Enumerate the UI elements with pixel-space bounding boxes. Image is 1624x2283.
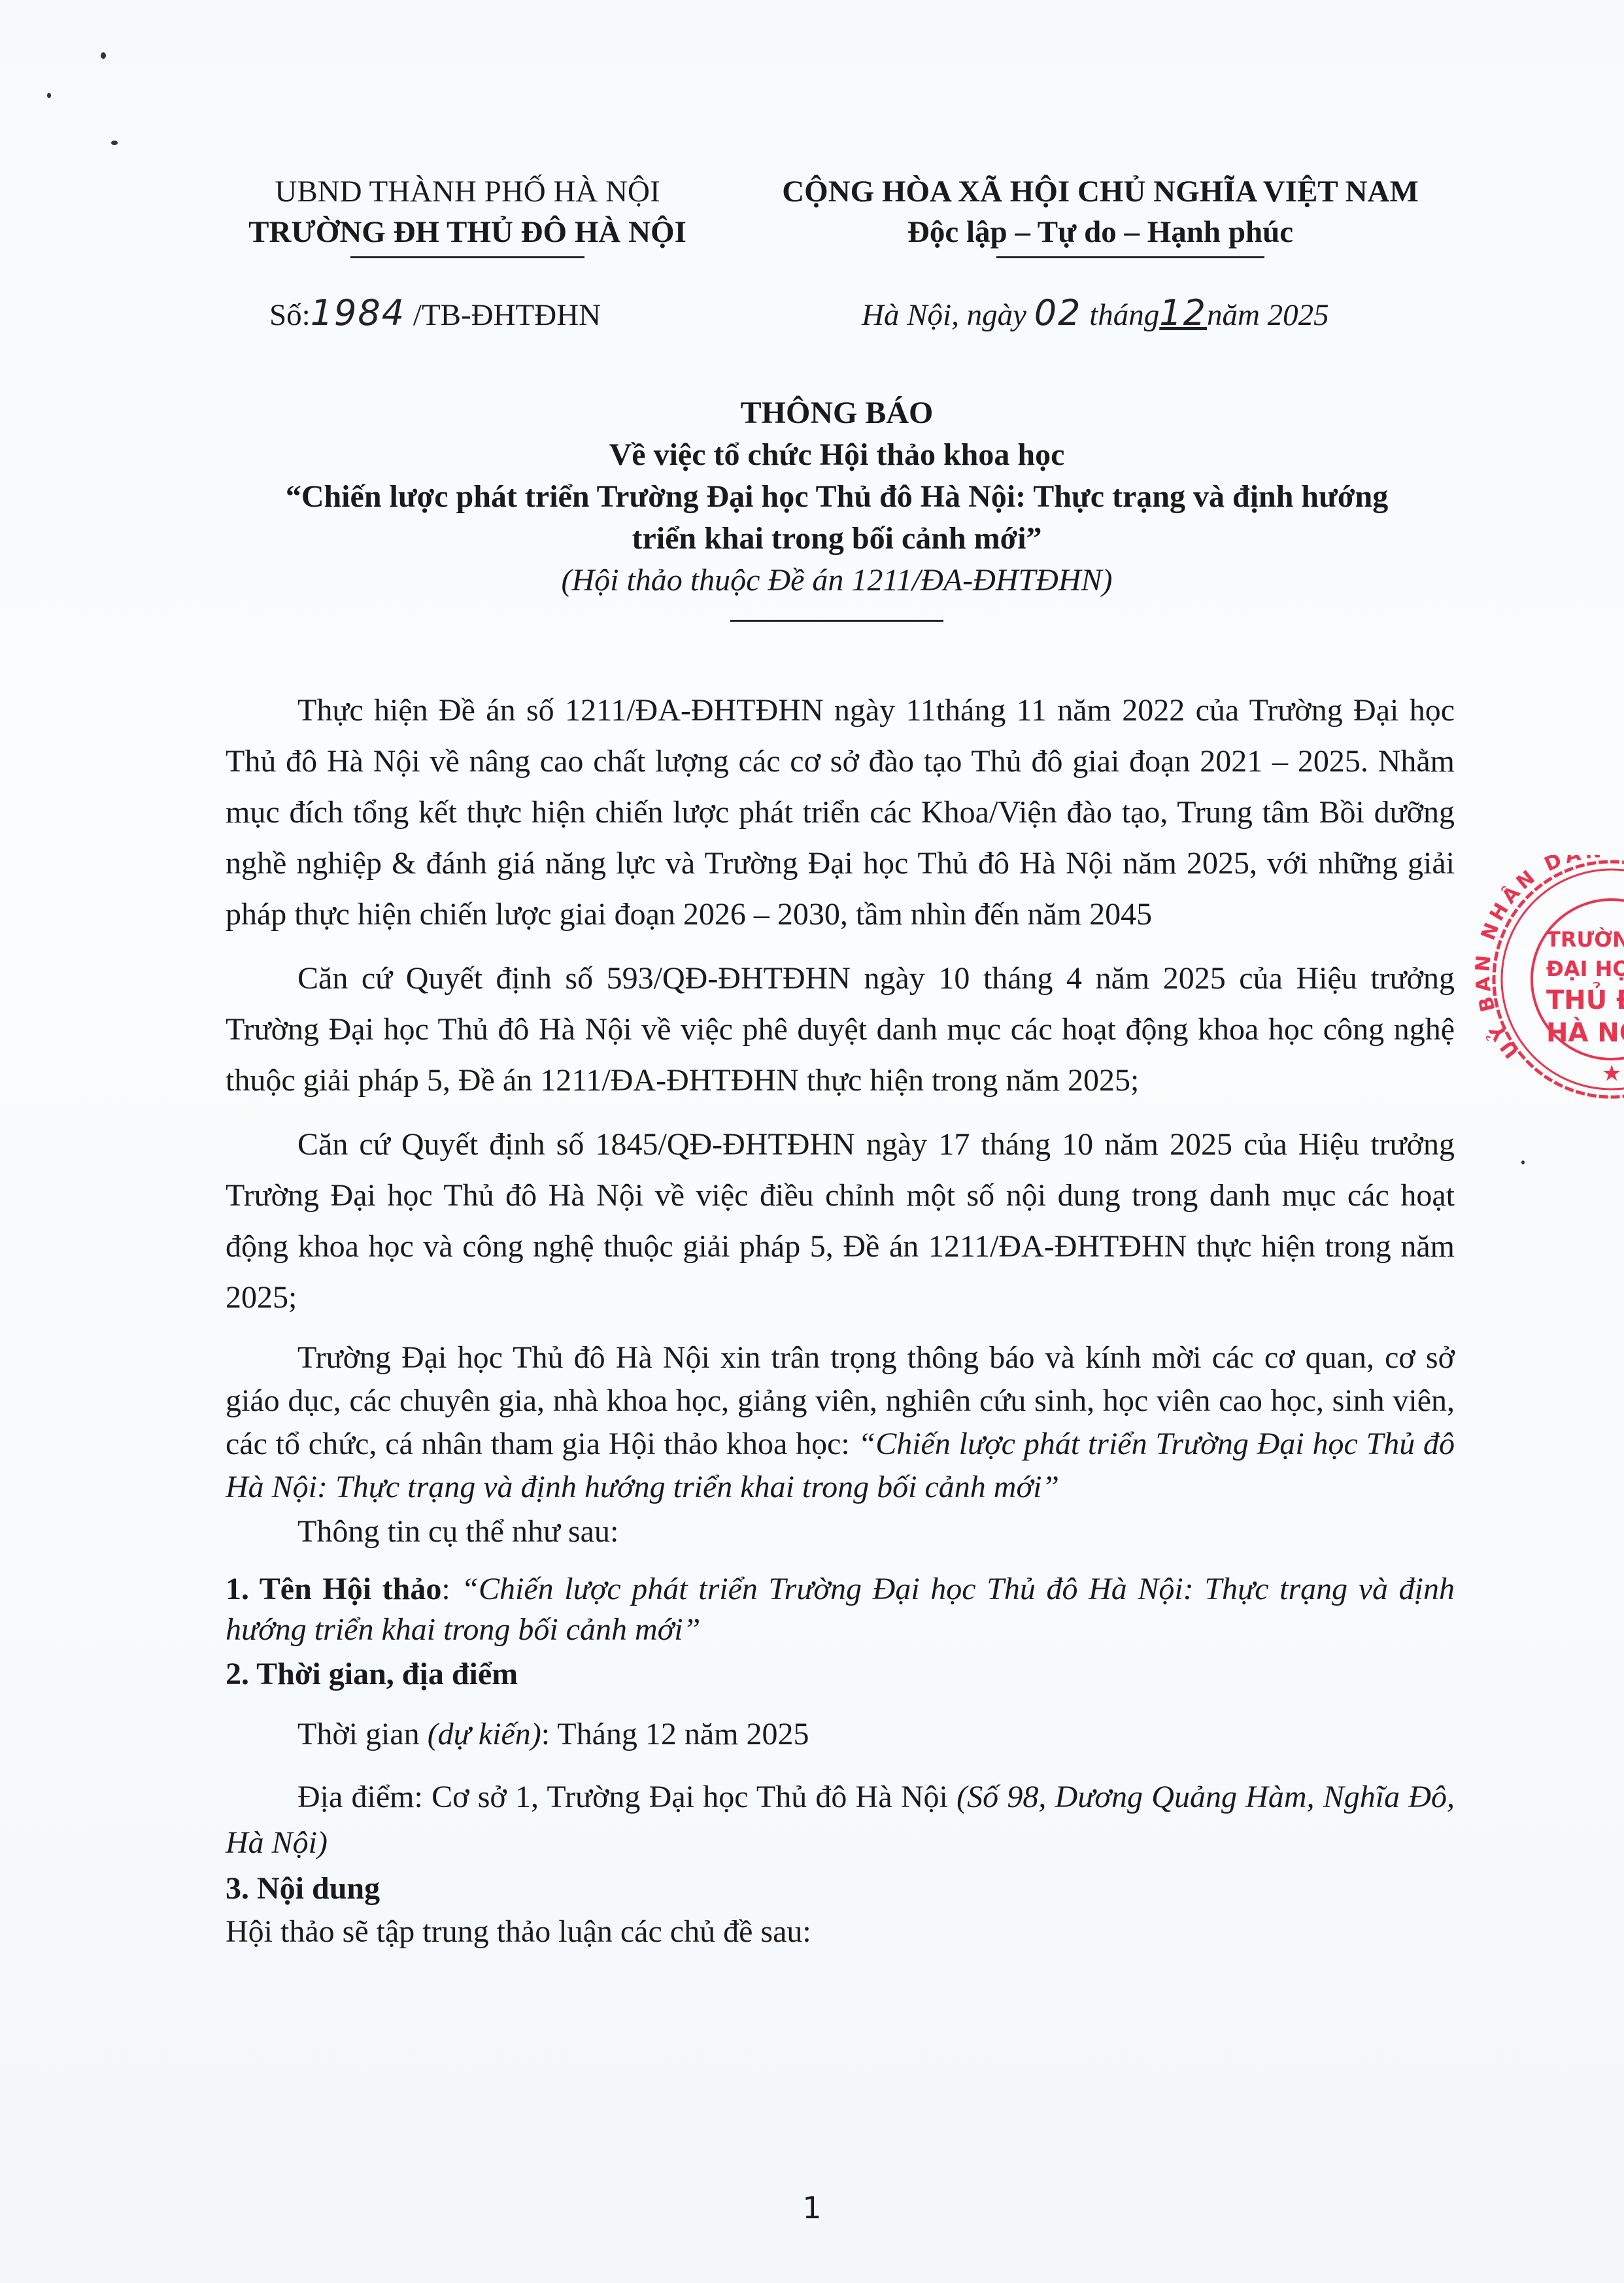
time-label: Thời gian: [297, 1717, 428, 1751]
time-line: Thời gian (dự kiến): Tháng 12 năm 2025: [226, 1714, 1455, 1755]
national-motto: CỘNG HÒA XÃ HỘI CHỦ NGHĨA VIỆT NAM Độc l…: [731, 171, 1470, 258]
date-month-label: tháng: [1081, 298, 1159, 332]
doc-number-handwritten: 1984: [311, 292, 405, 333]
page-number: 1: [0, 2190, 1624, 2225]
issuing-authority: UBND THÀNH PHỐ HÀ NỘI TRƯỜNG ĐH THỦ ĐÔ H…: [216, 171, 719, 258]
document-number: Số:1984 /TB-ĐHTĐHN: [269, 293, 601, 335]
date-month: 12: [1159, 292, 1207, 333]
time-value: : Tháng 12 năm 2025: [541, 1717, 809, 1751]
doc-number-suffix: /TB-ĐHTĐHN: [405, 298, 601, 332]
scan-speck: [1521, 1160, 1525, 1164]
place-line: Địa điểm: Cơ sở 1, Trường Đại học Thủ đô…: [226, 1774, 1455, 1866]
document-subject: Về việc tổ chức Hội thảo khoa học: [216, 434, 1458, 476]
official-seal-icon: UỶ BAN NHÂN DÂN TRƯỜNG ĐẠI HỌC THỦ ĐÔ HÀ…: [1474, 855, 1624, 1117]
authority-underline: [350, 256, 584, 258]
document-type: THÔNG BÁO: [216, 392, 1458, 434]
country-name: CỘNG HÒA XÃ HỘI CHỦ NGHĨA VIỆT NAM: [731, 171, 1470, 212]
time-note: (dự kiến): [428, 1717, 541, 1751]
section-3-heading: 3. Nội dung: [226, 1869, 1455, 1909]
paragraph-decision-1845: Căn cứ Quyết định số 1845/QĐ-ĐHTĐHN ngày…: [226, 1119, 1455, 1323]
section-1-colon: :: [441, 1572, 461, 1606]
section-3-intro: Hội thảo sẽ tập trung thảo luận các chủ …: [226, 1912, 1455, 1952]
motto-underline: [996, 256, 1264, 258]
seal-star-icon: ★: [1602, 1060, 1621, 1087]
workshop-title-line1: “Chiến lược phát triển Trường Đại học Th…: [216, 476, 1458, 518]
place-label: Địa điểm: Cơ sở 1, Trường Đại học Thủ đô…: [297, 1780, 956, 1814]
motto: Độc lập – Tự do – Hạnh phúc: [731, 212, 1470, 252]
authority-parent: UBND THÀNH PHỐ HÀ NỘI: [216, 171, 719, 212]
seal-line4: HÀ NỘI: [1546, 1017, 1624, 1048]
scan-speck: [111, 141, 118, 145]
date-prefix: Hà Nội, ngày: [862, 298, 1026, 332]
authority-name: TRƯỜNG ĐH THỦ ĐÔ HÀ NỘI: [216, 212, 719, 252]
document-page: UBND THÀNH PHỐ HÀ NỘI TRƯỜNG ĐH THỦ ĐÔ H…: [0, 0, 1624, 2283]
paragraph-details-intro: Thông tin cụ thể như sau:: [226, 1512, 1455, 1552]
paragraph-basis: Thực hiện Đề án số 1211/ĐA-ĐHTĐHN ngày 1…: [226, 685, 1455, 940]
date-day: 02: [1034, 292, 1082, 333]
document-body: Thực hiện Đề án số 1211/ĐA-ĐHTĐHN ngày 1…: [226, 685, 1455, 1955]
seal-line1: TRƯỜNG: [1546, 926, 1624, 952]
paragraph-invitation: Trường Đại học Thủ đô Hà Nội xin trân tr…: [226, 1336, 1455, 1509]
date-year: năm 2025: [1207, 298, 1329, 332]
title-block: THÔNG BÁO Về việc tổ chức Hội thảo khoa …: [216, 392, 1458, 622]
section-1-name: 1. Tên Hội thảo: “Chiến lược phát triển …: [226, 1569, 1455, 1650]
paragraph-decision-593: Căn cứ Quyết định số 593/QĐ-ĐHTĐHN ngày …: [226, 953, 1455, 1106]
scan-speck: [47, 93, 51, 98]
section-2-heading: 2. Thời gian, địa điểm: [226, 1654, 1455, 1695]
scan-speck: [101, 52, 106, 59]
seal-line3: THỦ ĐÔ: [1546, 981, 1624, 1015]
section-1-label: 1. Tên Hội thảo: [226, 1572, 441, 1606]
seal-line2: ĐẠI HỌC: [1546, 956, 1624, 981]
workshop-note: (Hội thảo thuộc Đề án 1211/ĐA-ĐHTĐHN): [216, 560, 1458, 601]
document-date: Hà Nội, ngày 02 tháng12năm 2025: [862, 293, 1329, 335]
workshop-title-line2: triển khai trong bối cảnh mới”: [216, 518, 1458, 560]
doc-number-prefix: Số:: [269, 298, 311, 332]
title-divider: [730, 620, 943, 622]
